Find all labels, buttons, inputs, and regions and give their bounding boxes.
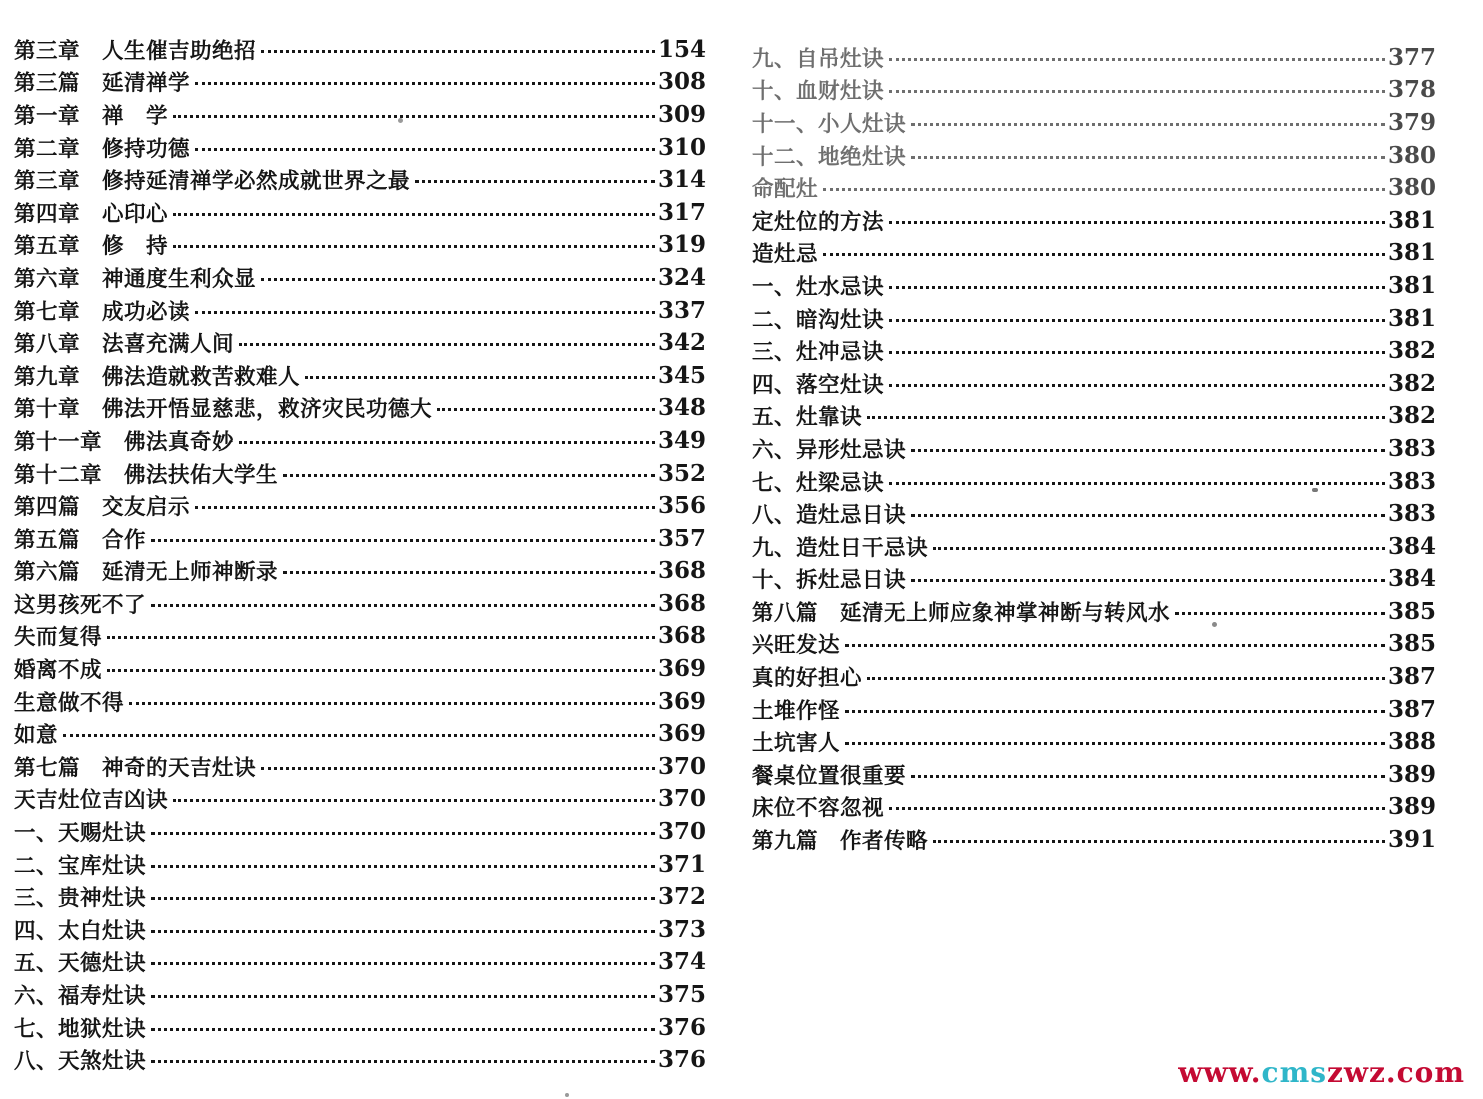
toc-page-number: 370	[658, 785, 706, 812]
toc-entry: 第九篇 作者传略 391	[752, 823, 1436, 856]
toc-page-number: 391	[1388, 826, 1436, 853]
toc-label: 第二章 修持功德	[14, 132, 190, 163]
toc-entry: 第五篇 合作 357	[14, 522, 706, 555]
toc-label: 十二、地绝灶诀	[752, 140, 906, 171]
toc-label: 六、福寿灶诀	[14, 979, 146, 1010]
toc-label: 定灶位的方法	[752, 205, 884, 236]
toc-page-number: 368	[658, 557, 706, 584]
toc-page-number: 345	[658, 362, 706, 389]
toc-column-left: 第三章 人生催吉助绝招 154 第三篇 延清禅学 308 第一章 禅 学 309…	[14, 33, 706, 1076]
toc-label: 第五篇 合作	[14, 523, 146, 554]
toc-page-number: 368	[658, 622, 706, 649]
toc-label: 造灶忌	[752, 237, 818, 268]
toc-label: 土坑害人	[752, 726, 840, 757]
toc-page-number: 389	[1388, 793, 1436, 820]
toc-label: 婚离不成	[14, 653, 102, 684]
toc-label: 土堆作怪	[752, 694, 840, 725]
dot-leader	[911, 775, 1385, 778]
dot-leader	[151, 604, 655, 607]
scan-speck	[1212, 622, 1217, 627]
dot-leader	[239, 441, 655, 444]
scan-speck	[1312, 488, 1318, 492]
toc-entry: 九、自吊灶诀 377	[752, 41, 1436, 74]
toc-label: 十、拆灶忌日诀	[752, 563, 906, 594]
dot-leader	[911, 156, 1385, 159]
dot-leader	[1175, 612, 1385, 615]
scanned-toc-page: 第三章 人生催吉助绝招 154 第三篇 延清禅学 308 第一章 禅 学 309…	[0, 0, 1483, 1099]
dot-leader	[195, 506, 655, 509]
scan-speck	[398, 118, 403, 123]
dot-leader	[63, 734, 655, 737]
dot-leader	[889, 807, 1385, 810]
toc-page-number: 371	[658, 851, 706, 878]
toc-entry: 七、灶梁忌诀 383	[752, 465, 1436, 498]
toc-page-number: 384	[1388, 533, 1436, 560]
dot-leader	[845, 644, 1385, 647]
dot-leader	[151, 962, 655, 965]
toc-label: 这男孩死不了	[14, 588, 146, 619]
toc-label: 五、灶靠诀	[752, 400, 862, 431]
toc-page-number: 377	[1388, 44, 1436, 71]
dot-leader	[933, 840, 1385, 843]
dot-leader	[911, 449, 1385, 452]
toc-page-number: 380	[1388, 142, 1436, 169]
dot-leader	[305, 376, 655, 379]
toc-entry: 土坑害人 388	[752, 725, 1436, 758]
watermark-www: www.	[1178, 1056, 1261, 1089]
toc-entry: 第八篇 延清无上师应象神掌神断与转风水 385	[752, 595, 1436, 628]
toc-page-number: 382	[1388, 370, 1436, 397]
toc-page-number: 373	[658, 916, 706, 943]
dot-leader	[889, 221, 1385, 224]
toc-page-number: 348	[658, 394, 706, 421]
dot-leader	[261, 767, 655, 770]
toc-entry: 十、血财灶诀 378	[752, 74, 1436, 107]
dot-leader	[933, 547, 1385, 550]
scan-speck	[565, 1093, 569, 1097]
dot-leader	[911, 579, 1385, 582]
dot-leader	[889, 351, 1385, 354]
toc-label: 真的好担心	[752, 661, 862, 692]
toc-page-number: 324	[658, 264, 706, 291]
toc-entry: 生意做不得 369	[14, 685, 706, 718]
toc-entry: 第三章 人生催吉助绝招 154	[14, 33, 706, 66]
dot-leader	[195, 82, 655, 85]
toc-page-number: 369	[658, 688, 706, 715]
toc-page-number: 389	[1388, 761, 1436, 788]
toc-entry: 四、太白灶诀 373	[14, 913, 706, 946]
toc-entry: 三、贵神灶诀 372	[14, 880, 706, 913]
dot-leader	[867, 416, 1385, 419]
toc-page-number: 372	[658, 883, 706, 910]
dot-leader	[823, 188, 1385, 191]
toc-label: 十一、小人灶诀	[752, 107, 906, 138]
toc-entry: 七、地狱灶诀 376	[14, 1011, 706, 1044]
toc-entry: 第三篇 延清禅学 308	[14, 66, 706, 99]
toc-page-number: 382	[1388, 337, 1436, 364]
dot-leader	[151, 995, 655, 998]
toc-label: 三、贵神灶诀	[14, 881, 146, 912]
dot-leader	[129, 702, 655, 705]
dot-leader	[261, 278, 655, 281]
toc-page-number: 381	[1388, 207, 1436, 234]
dot-leader	[845, 742, 1385, 745]
dot-leader	[283, 571, 655, 574]
toc-page-number: 369	[658, 720, 706, 747]
toc-page-number: 383	[1388, 500, 1436, 527]
toc-entry: 第九章 佛法造就救苦救难人 345	[14, 359, 706, 392]
toc-page-number: 317	[658, 199, 706, 226]
toc-page-number: 310	[658, 134, 706, 161]
dot-leader	[889, 58, 1385, 61]
toc-page-number: 370	[658, 753, 706, 780]
toc-label: 第四章 心印心	[14, 197, 168, 228]
toc-label: 第八章 法喜充满人间	[14, 327, 234, 358]
toc-label: 第七章 成功必读	[14, 295, 190, 326]
toc-label: 第七篇 神奇的天吉灶诀	[14, 751, 256, 782]
toc-entry: 第二章 修持功德 310	[14, 131, 706, 164]
toc-label: 第九章 佛法造就救苦救难人	[14, 360, 300, 391]
toc-entry: 定灶位的方法 381	[752, 204, 1436, 237]
toc-page-number: 369	[658, 655, 706, 682]
toc-label: 九、自吊灶诀	[752, 42, 884, 73]
toc-entry: 餐桌位置很重要 389	[752, 758, 1436, 791]
dot-leader	[889, 286, 1385, 289]
toc-label: 失而复得	[14, 620, 102, 651]
dot-leader	[823, 253, 1385, 256]
toc-entry: 第七章 成功必读 337	[14, 294, 706, 327]
toc-label: 二、宝库灶诀	[14, 849, 146, 880]
toc-page-number: 382	[1388, 402, 1436, 429]
toc-entry: 一、天赐灶诀 370	[14, 815, 706, 848]
toc-label: 命配灶	[752, 172, 818, 203]
toc-page-number: 381	[1388, 239, 1436, 266]
toc-entry: 如意 369	[14, 717, 706, 750]
toc-entry: 十一、小人灶诀 379	[752, 106, 1436, 139]
toc-page-number: 383	[1388, 435, 1436, 462]
toc-entry: 土堆作怪 387	[752, 693, 1436, 726]
toc-entry: 兴旺发达 385	[752, 628, 1436, 661]
dot-leader	[889, 384, 1385, 387]
dot-leader	[283, 474, 655, 477]
toc-label: 如意	[14, 718, 58, 749]
toc-page-number: 308	[658, 68, 706, 95]
toc-page-number: 385	[1388, 630, 1436, 657]
toc-entry: 五、灶靠诀 382	[752, 400, 1436, 433]
dot-leader	[195, 148, 655, 151]
toc-label: 第三章 人生催吉助绝招	[14, 34, 256, 65]
toc-label: 八、天煞灶诀	[14, 1044, 146, 1075]
dot-leader	[151, 832, 655, 835]
toc-entry: 第十二章 佛法扶佑大学生 352	[14, 457, 706, 490]
toc-label: 餐桌位置很重要	[752, 759, 906, 790]
toc-label: 兴旺发达	[752, 628, 840, 659]
toc-page-number: 376	[658, 1014, 706, 1041]
dot-leader	[845, 710, 1385, 713]
toc-page-number: 383	[1388, 468, 1436, 495]
toc-entry: 第三章 修持延清禅学必然成就世界之最 314	[14, 163, 706, 196]
toc-label: 第六章 神通度生利众显	[14, 262, 256, 293]
toc-label: 六、异形灶忌诀	[752, 433, 906, 464]
dot-leader	[889, 319, 1385, 322]
toc-entry: 五、天德灶诀 374	[14, 946, 706, 979]
toc-label: 床位不容忽视	[752, 791, 884, 822]
toc-entry: 造灶忌 381	[752, 237, 1436, 270]
toc-label: 第三章 修持延清禅学必然成就世界之最	[14, 164, 410, 195]
toc-label: 二、暗沟灶诀	[752, 303, 884, 334]
toc-entry: 第四章 心印心 317	[14, 196, 706, 229]
dot-leader	[173, 799, 655, 802]
dot-leader	[107, 669, 655, 672]
toc-label: 第四篇 交友启示	[14, 490, 190, 521]
toc-page-number: 349	[658, 427, 706, 454]
toc-label: 四、落空灶诀	[752, 368, 884, 399]
toc-entry: 这男孩死不了 368	[14, 587, 706, 620]
toc-label: 第十二章 佛法扶佑大学生	[14, 458, 278, 489]
toc-page-number: 352	[658, 460, 706, 487]
toc-label: 五、天德灶诀	[14, 946, 146, 977]
toc-label: 一、天赐灶诀	[14, 816, 146, 847]
toc-label: 天吉灶位吉凶诀	[14, 783, 168, 814]
toc-entry: 第六章 神通度生利众显 324	[14, 261, 706, 294]
dot-leader	[911, 123, 1385, 126]
toc-page-number: 379	[1388, 109, 1436, 136]
toc-entry: 命配灶 380	[752, 171, 1436, 204]
dot-leader	[173, 115, 655, 118]
toc-entry: 真的好担心 387	[752, 660, 1436, 693]
dot-leader	[151, 930, 655, 933]
toc-label: 十、血财灶诀	[752, 74, 884, 105]
dot-leader	[173, 213, 655, 216]
watermark: www.cmszwz.com	[1178, 1056, 1465, 1089]
toc-entry: 第十章 佛法开悟显慈悲，救济灾民功德大 348	[14, 392, 706, 425]
toc-page-number: 378	[1388, 76, 1436, 103]
toc-label: 四、太白灶诀	[14, 914, 146, 945]
toc-entry: 第四篇 交友启示 356	[14, 489, 706, 522]
toc-label: 第一章 禅 学	[14, 99, 168, 130]
toc-entry: 第五章 修 持 319	[14, 229, 706, 262]
dot-leader	[437, 408, 655, 411]
toc-entry: 八、造灶忌日诀 383	[752, 497, 1436, 530]
toc-entry: 第一章 禅 学 309	[14, 98, 706, 131]
toc-entry: 天吉灶位吉凶诀 370	[14, 783, 706, 816]
toc-label: 七、灶梁忌诀	[752, 466, 884, 497]
dot-leader	[195, 311, 655, 314]
toc-label: 九、造灶日干忌诀	[752, 531, 928, 562]
toc-entry: 三、灶冲忌诀 382	[752, 334, 1436, 367]
toc-entry: 第六篇 延清无上师神断录 368	[14, 555, 706, 588]
toc-entry: 一、灶水忌诀 381	[752, 269, 1436, 302]
toc-page-number: 381	[1388, 305, 1436, 332]
toc-entry: 二、暗沟灶诀 381	[752, 302, 1436, 335]
toc-label: 第九篇 作者传略	[752, 824, 928, 855]
toc-page-number: 385	[1388, 598, 1436, 625]
toc-page-number: 388	[1388, 728, 1436, 755]
toc-page-number: 381	[1388, 272, 1436, 299]
toc-page-number: 342	[658, 329, 706, 356]
dot-leader	[889, 90, 1385, 93]
toc-page-number: 376	[658, 1046, 706, 1073]
dot-leader	[415, 180, 655, 183]
toc-page-number: 387	[1388, 696, 1436, 723]
toc-label: 八、造灶忌日诀	[752, 498, 906, 529]
dot-leader	[173, 245, 655, 248]
toc-page-number: 356	[658, 492, 706, 519]
toc-entry: 婚离不成 369	[14, 652, 706, 685]
toc-page-number: 319	[658, 231, 706, 258]
toc-label: 第六篇 延清无上师神断录	[14, 555, 278, 586]
toc-entry: 第八章 法喜充满人间 342	[14, 326, 706, 359]
toc-label: 第十章 佛法开悟显慈悲，救济灾民功德大	[14, 392, 432, 423]
toc-label: 第三篇 延清禅学	[14, 66, 190, 97]
toc-page-number: 370	[658, 818, 706, 845]
toc-page-number: 154	[658, 36, 706, 63]
toc-page-number: 357	[658, 525, 706, 552]
dot-leader	[911, 514, 1385, 517]
toc-label: 三、灶冲忌诀	[752, 335, 884, 366]
toc-entry: 二、宝库灶诀 371	[14, 848, 706, 881]
toc-label: 第五章 修 持	[14, 229, 168, 260]
dot-leader	[151, 1060, 655, 1063]
toc-entry: 第十一章 佛法真奇妙 349	[14, 424, 706, 457]
toc-entry: 八、天煞灶诀 376	[14, 1043, 706, 1076]
toc-entry: 四、落空灶诀 382	[752, 367, 1436, 400]
toc-label: 生意做不得	[14, 686, 124, 717]
toc-column-right: 九、自吊灶诀 377 十、血财灶诀 378 十一、小人灶诀 379 十二、地绝灶…	[752, 41, 1436, 856]
dot-leader	[151, 865, 655, 868]
dot-leader	[889, 482, 1385, 485]
toc-entry: 九、造灶日干忌诀 384	[752, 530, 1436, 563]
watermark-domain: zwz.com	[1327, 1056, 1465, 1089]
toc-page-number: 375	[658, 981, 706, 1008]
toc-page-number: 309	[658, 101, 706, 128]
toc-page-number: 387	[1388, 663, 1436, 690]
scan-speck	[845, 345, 849, 349]
toc-label: 七、地狱灶诀	[14, 1012, 146, 1043]
dot-leader	[151, 897, 655, 900]
dot-leader	[151, 539, 655, 542]
toc-entry: 六、异形灶忌诀 383	[752, 432, 1436, 465]
watermark-cms: cms	[1262, 1056, 1327, 1089]
dot-leader	[151, 1028, 655, 1031]
toc-entry: 第七篇 神奇的天吉灶诀 370	[14, 750, 706, 783]
toc-page-number: 374	[658, 948, 706, 975]
toc-page-number: 337	[658, 297, 706, 324]
toc-label: 第八篇 延清无上师应象神掌神断与转风水	[752, 596, 1170, 627]
toc-page-number: 384	[1388, 565, 1436, 592]
toc-entry: 十、拆灶忌日诀 384	[752, 563, 1436, 596]
dot-leader	[261, 50, 655, 53]
toc-page-number: 314	[658, 166, 706, 193]
toc-entry: 床位不容忽视 389	[752, 791, 1436, 824]
dot-leader	[239, 343, 655, 346]
toc-page-number: 368	[658, 590, 706, 617]
dot-leader	[867, 677, 1385, 680]
toc-entry: 六、福寿灶诀 375	[14, 978, 706, 1011]
toc-entry: 十二、地绝灶诀 380	[752, 139, 1436, 172]
toc-entry: 失而复得 368	[14, 620, 706, 653]
toc-label: 一、灶水忌诀	[752, 270, 884, 301]
toc-label: 第十一章 佛法真奇妙	[14, 425, 234, 456]
toc-page-number: 380	[1388, 174, 1436, 201]
dot-leader	[107, 636, 655, 639]
